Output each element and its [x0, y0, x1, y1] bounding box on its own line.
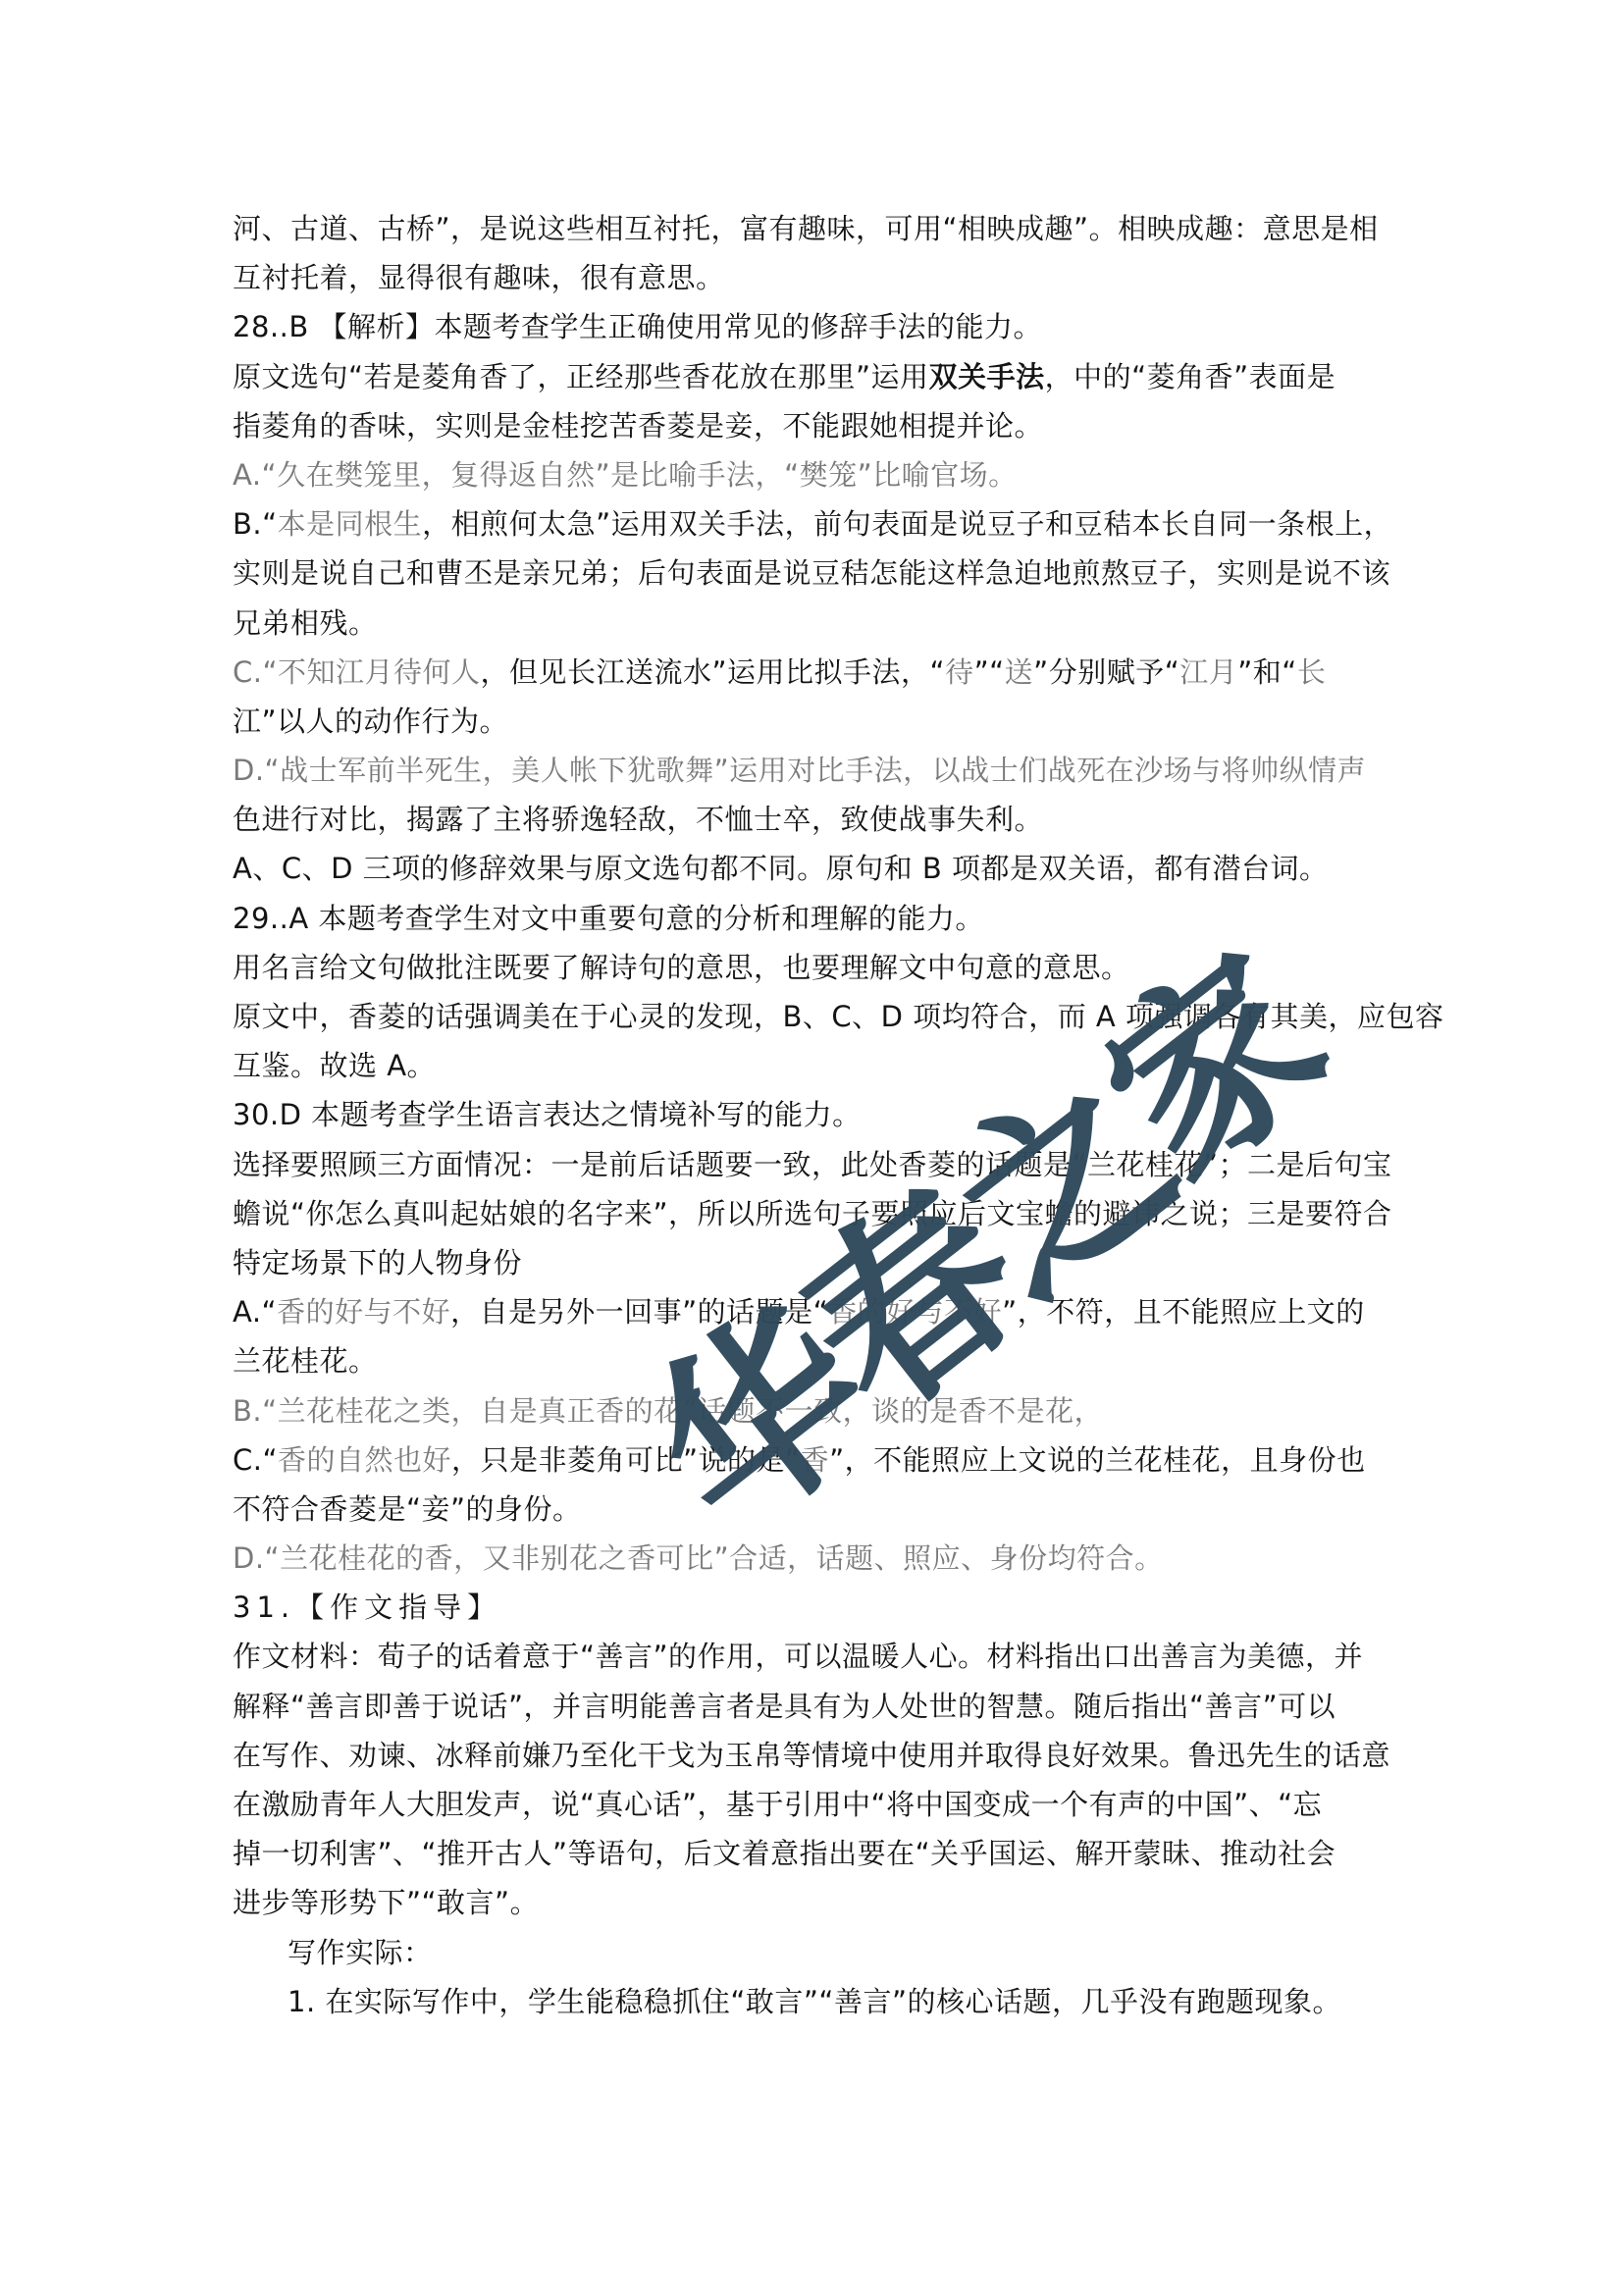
- text-segment: 双关手法: [929, 360, 1045, 393]
- text-line: 兰花桂花。: [233, 1336, 1410, 1385]
- text-line: 1. 在实际写作中，学生能稳稳抓住“敢言”“善言”的核心话题，几乎没有跑题现象。: [233, 1977, 1410, 2026]
- text-segment: 选择要照顾三方面情况：一是前后话题要一致，此处香菱的话题是“兰花桂花”；二是后句…: [233, 1148, 1392, 1181]
- text-line: C.“香的自然也好，只是非菱角可比”说的是“香”，不能照应上文说的兰花桂花，且身…: [233, 1435, 1410, 1485]
- text-line: 解释“善言即善于说话”，并言明能善言者是具有为人处世的智慧。随后指出“善言”可以: [233, 1682, 1410, 1731]
- text-segment: 进步等形势下”“敢言”。: [233, 1886, 539, 1919]
- text-segment: 作文材料：荀子的话着意于“善言”的作用，可以温暖人心。材料指出口出善言为美德，并: [233, 1640, 1363, 1673]
- text-line: 进步等形势下”“敢言”。: [233, 1878, 1410, 1927]
- text-line: 选择要照顾三方面情况：一是前后话题要一致，此处香菱的话题是“兰花桂花”；二是后句…: [233, 1140, 1410, 1189]
- text-line: 兄弟相残。: [233, 599, 1410, 648]
- text-segment: 久在樊笼里，复得返自然”是比喻手法，“樊笼”比喻官场。: [277, 458, 1018, 492]
- text-segment: 香的好与不好: [828, 1295, 1002, 1329]
- text-line: C.“不知江月待何人，但见长江送流水”运用比拟手法，“待”“送”分别赋予“江月”…: [233, 648, 1410, 697]
- text-line: D.“战士军前半死生，美人帐下犹歌舞”运用对比手法，以战士们战死在沙场与将帅纵情…: [233, 746, 1410, 795]
- text-segment: 色进行对比，揭露了主将骄逸轻敌，不恤士卒，致使战事失利。: [233, 803, 1043, 836]
- text-line: 特定场景下的人物身份: [233, 1238, 1410, 1287]
- text-line: 在写作、劝谏、冰释前嫌乃至化干戈为玉帛等情境中使用并取得良好效果。鲁迅先生的话意: [233, 1731, 1410, 1780]
- text-segment: 兄弟相残。: [233, 606, 378, 640]
- text-line: A.“香的好与不好，自是另外一回事”的话题是“香的好与不好”，不符，且不能照应上…: [233, 1287, 1410, 1336]
- text-segment: 江月: [1179, 655, 1237, 689]
- text-line: 掉一切利害”、“推开古人”等语句，后文着意指出要在“关乎国运、解开蒙昧、推动社会: [233, 1829, 1410, 1878]
- text-line: 河、古道、古桥”，是说这些相互衬托，富有趣味，可用“相映成趣”。相映成趣：意思是…: [233, 204, 1410, 253]
- text-line: 互衬托着，显得很有趣味，很有意思。: [233, 253, 1410, 302]
- text-line: 30.D 本题考查学生语言表达之情境补写的能力。: [233, 1090, 1410, 1139]
- text-line: B.“本是同根生，相煎何太急”运用双关手法，前句表面是说豆子和豆秸本长自同一条根…: [233, 499, 1410, 548]
- text-segment: 28..B 【解析】本题考查学生正确使用常见的修辞手法的能力。: [233, 310, 1042, 343]
- text-segment: 香的自然也好: [278, 1443, 451, 1477]
- text-segment: ，相煎何太急”运用双关手法，前句表面是说豆子和豆秸本长自同一条根上，: [422, 507, 1392, 541]
- text-segment: 送: [1005, 655, 1034, 689]
- text-segment: 掉一切利害”、“推开古人”等语句，后文着意指出要在“关乎国运、解开蒙昧、推动社会: [233, 1837, 1335, 1870]
- text-segment: 不符合香菱是“妾”的身份。: [233, 1492, 582, 1526]
- text-line: 不符合香菱是“妾”的身份。: [233, 1485, 1410, 1534]
- text-segment: 本是同根生: [278, 507, 423, 541]
- text-segment: ”，不能照应上文说的兰花桂花，且身份也: [829, 1443, 1366, 1477]
- text-segment: 江”以人的动作行为。: [233, 704, 508, 738]
- text-segment: 1. 在实际写作中，学生能稳稳抓住“敢言”“善言”的核心话题，几乎没有跑题现象。: [288, 1985, 1341, 2018]
- text-segment: 兰花桂花。: [233, 1344, 378, 1378]
- text-segment: A.“: [233, 458, 277, 492]
- text-line: 作文材料：荀子的话着意于“善言”的作用，可以温暖人心。材料指出口出善言为美德，并: [233, 1632, 1410, 1681]
- text-segment: ，但见长江送流水”运用比拟手法，“: [481, 655, 946, 689]
- text-line: 原文选句“若是菱角香了，正经那些香花放在那里”运用双关手法，中的“菱角香”表面是: [233, 352, 1410, 401]
- text-segment: 互鉴。故选 A。: [233, 1049, 436, 1082]
- text-line: 蟾说“你怎么真叫起姑娘的名字来”，所以所选句子要照应后文宝蟾的避讳之说；三是要符…: [233, 1189, 1410, 1238]
- document-page: 河、古道、古桥”，是说这些相互衬托，富有趣味，可用“相映成趣”。相映成趣：意思是…: [233, 204, 1410, 2026]
- text-segment: C.“: [233, 1443, 278, 1477]
- text-line: 28..B 【解析】本题考查学生正确使用常见的修辞手法的能力。: [233, 302, 1410, 351]
- text-segment: 解释“善言即善于说话”，并言明能善言者是具有为人处世的智慧。随后指出“善言”可以: [233, 1690, 1335, 1723]
- text-segment: ，中的“菱角香”表面是: [1045, 360, 1336, 393]
- text-line: A、C、D 三项的修辞效果与原文选句都不同。原句和 B 项都是双关语，都有潜台词…: [233, 844, 1410, 893]
- text-line: B.“兰花桂花之类，自是真正香的花”话题不一致，谈的是香不是花，: [233, 1386, 1410, 1435]
- text-line: 江”以人的动作行为。: [233, 697, 1410, 746]
- text-segment: A、C、D 三项的修辞效果与原文选句都不同。原句和 B 项都是双关语，都有潜台词…: [233, 852, 1328, 885]
- text-segment: D.“战士军前半死生，美人帐下犹歌舞”运用对比手法，以战士们战死在沙场与将帅纵情…: [233, 754, 1366, 787]
- text-segment: C.“: [233, 655, 278, 689]
- text-segment: 在写作、劝谏、冰释前嫌乃至化干戈为玉帛等情境中使用并取得良好效果。鲁迅先生的话意: [233, 1739, 1390, 1772]
- text-segment: B.“: [233, 507, 278, 541]
- text-segment: 特定场景下的人物身份: [233, 1246, 522, 1279]
- text-segment: 实则是说自己和曹丕是亲兄弟；后句表面是说豆秸怎能这样急迫地煎熬豆子，实则是说不该: [233, 556, 1390, 590]
- text-segment: 互衬托着，显得很有趣味，很有意思。: [233, 261, 725, 294]
- text-segment: 不知江月待何人: [278, 655, 481, 689]
- text-segment: 用名言给文句做批注既要了解诗句的意思，也要理解文中句意的意思。: [233, 951, 1130, 984]
- text-segment: 原文中，香菱的话强调美在于心灵的发现，B、C、D 项均符合，而 A 项强调各有其…: [233, 1000, 1443, 1033]
- text-segment: B.“兰花桂花之类，自是真正香的花”话题不一致，谈的是香不是花，: [233, 1394, 1103, 1428]
- text-segment: 香的好与不好: [277, 1295, 450, 1329]
- text-line: D.“兰花桂花的香，又非别花之香可比”合适，话题、照应、身份均符合。: [233, 1534, 1410, 1583]
- text-segment: A.“: [233, 1295, 277, 1329]
- text-segment: 在激励青年人大胆发声，说“真心话”，基于引用中“将中国变成一个有声的中国”、“忘: [233, 1788, 1322, 1821]
- text-segment: 蟾说“你怎么真叫起姑娘的名字来”，所以所选句子要照应后文宝蟾的避讳之说；三是要符…: [233, 1197, 1392, 1230]
- text-line: 原文中，香菱的话强调美在于心灵的发现，B、C、D 项均符合，而 A 项强调各有其…: [233, 992, 1410, 1041]
- text-segment: 长: [1297, 655, 1327, 689]
- text-line: 用名言给文句做批注既要了解诗句的意思，也要理解文中句意的意思。: [233, 943, 1410, 992]
- text-segment: 河、古道、古桥”，是说这些相互衬托，富有趣味，可用“相映成趣”。相映成趣：意思是…: [233, 212, 1379, 245]
- text-line: 指菱角的香味，实则是金桂挖苦香菱是妾，不能跟她相提并论。: [233, 401, 1410, 450]
- text-segment: 写作实际：: [288, 1936, 433, 1969]
- text-segment: 29..A 本题考查学生对文中重要句意的分析和理解的能力。: [233, 902, 984, 935]
- text-segment: 香: [801, 1443, 830, 1477]
- text-segment: ，只是非菱角可比”说的是“: [451, 1443, 801, 1477]
- text-line: 在激励青年人大胆发声，说“真心话”，基于引用中“将中国变成一个有声的中国”、“忘: [233, 1780, 1410, 1829]
- text-line: 色进行对比，揭露了主将骄逸轻敌，不恤士卒，致使战事失利。: [233, 795, 1410, 844]
- text-segment: 指菱角的香味，实则是金桂挖苦香菱是妾，不能跟她相提并论。: [233, 409, 1043, 443]
- text-line: 写作实际：: [233, 1928, 1410, 1977]
- text-line: A.“久在樊笼里，复得返自然”是比喻手法，“樊笼”比喻官场。: [233, 450, 1410, 499]
- text-segment: ，自是另外一回事”的话题是“: [450, 1295, 828, 1329]
- text-segment: 待: [945, 655, 974, 689]
- text-segment: ”“: [974, 655, 1005, 689]
- text-line: 实则是说自己和曹丕是亲兄弟；后句表面是说豆秸怎能这样急迫地煎熬豆子，实则是说不该: [233, 548, 1410, 598]
- text-segment: D.“兰花桂花的香，又非别花之香可比”合适，话题、照应、身份均符合。: [233, 1541, 1164, 1575]
- text-line: 29..A 本题考查学生对文中重要句意的分析和理解的能力。: [233, 894, 1410, 943]
- text-segment: 30.D 本题考查学生语言表达之情境补写的能力。: [233, 1098, 862, 1131]
- text-line: 互鉴。故选 A。: [233, 1041, 1410, 1090]
- text-segment: ”和“: [1237, 655, 1297, 689]
- text-segment: ”，不符，且不能照应上文的: [1002, 1295, 1365, 1329]
- text-line: 31.【作文指导】: [233, 1583, 1410, 1632]
- text-segment: 原文选句“若是菱角香了，正经那些香花放在那里”运用: [233, 360, 929, 393]
- text-segment: ”分别赋予“: [1033, 655, 1179, 689]
- text-segment: 31.【作文指导】: [233, 1591, 501, 1624]
